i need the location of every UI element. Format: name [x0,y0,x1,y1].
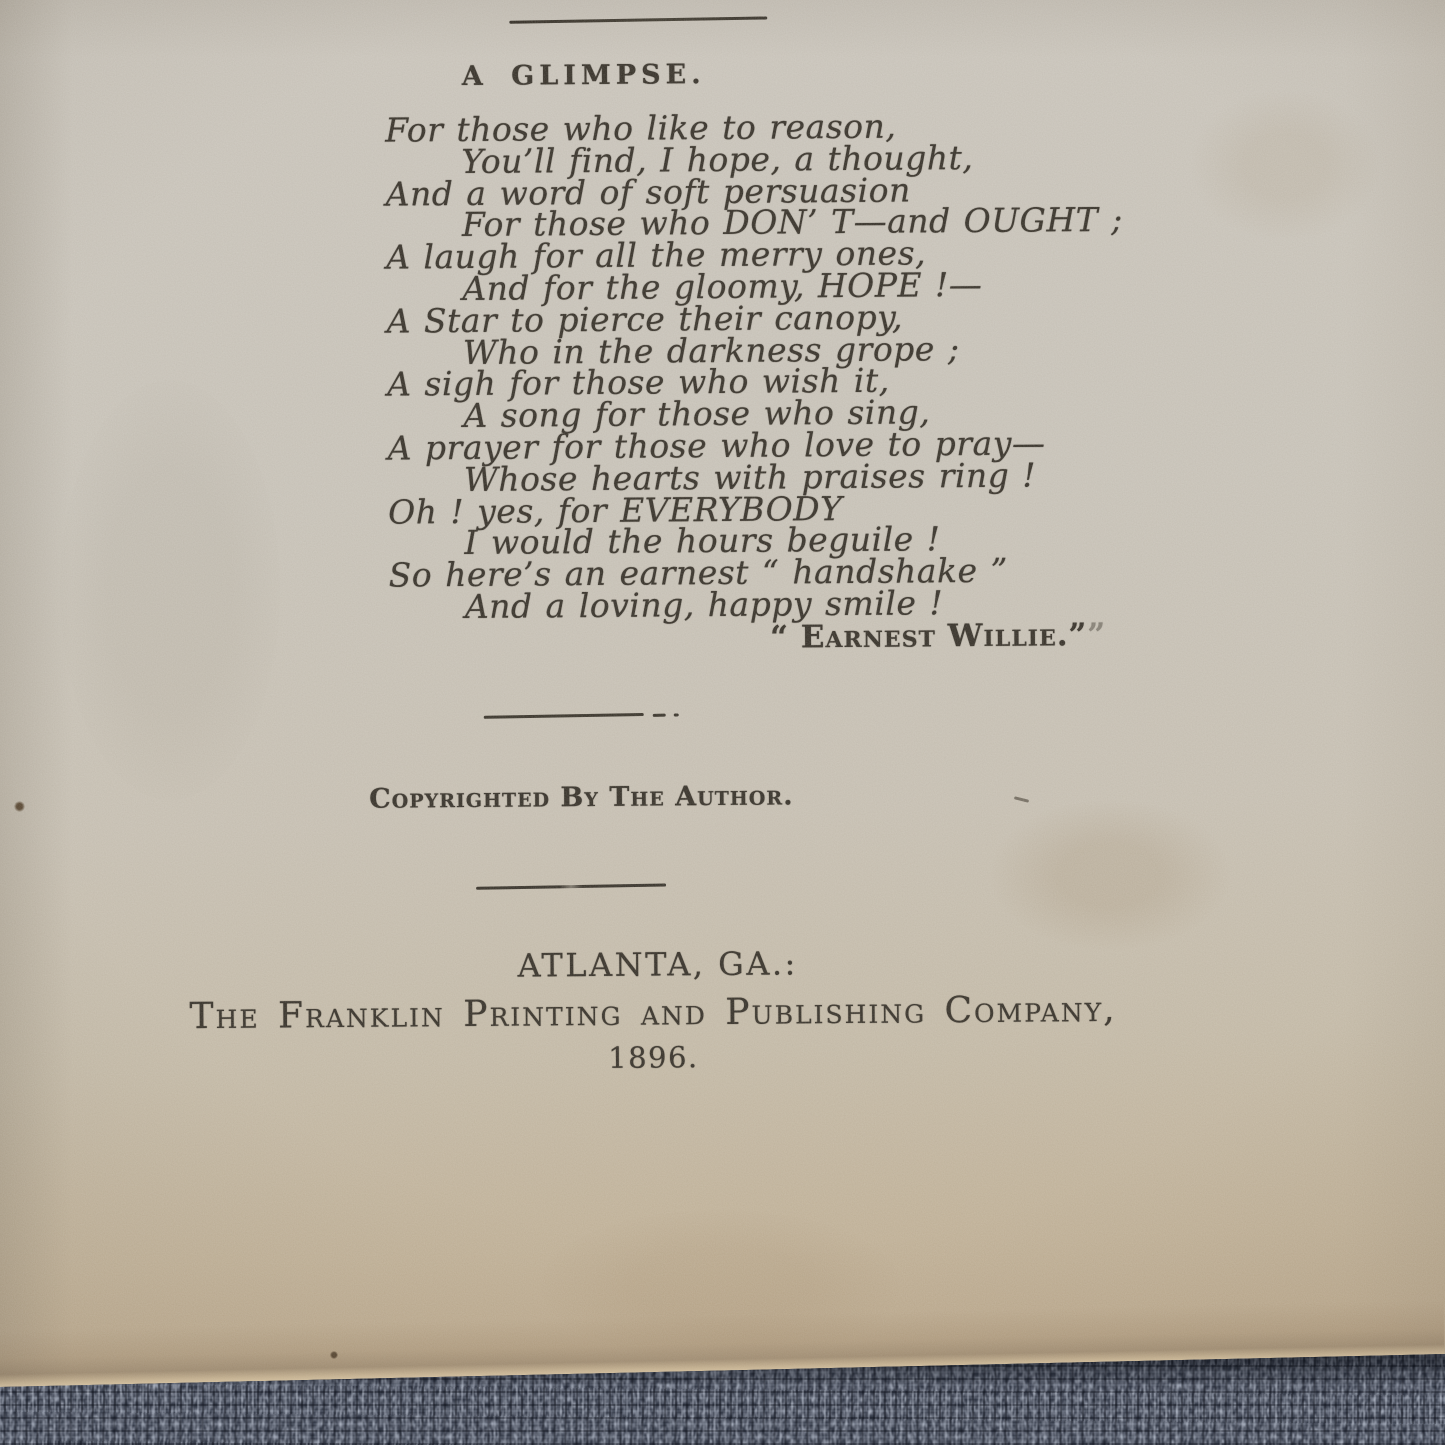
book-page: A GLIMPSE. For those who like to reason,… [0,0,1445,1445]
printed-page-content: A GLIMPSE. For those who like to reason,… [0,0,1445,1445]
rule-dash [653,714,666,717]
copyright-notice: Copyrighted By The Author. [331,780,831,815]
poem-signature: “ Earnest Willie.”” [770,617,1106,656]
divider-rule-lower [476,884,666,890]
poem-title: A GLIMPSE. [434,59,734,92]
imprint-year: 1896. [593,1040,713,1075]
rule-dot [674,713,679,716]
divider-rule-top [509,16,767,23]
divider-rule-middle [484,711,684,720]
signature-ghost-mark: ” [1087,617,1106,653]
poem-stanza: For those who like to reason, You’ll fin… [385,109,1149,624]
book-page-photo: A GLIMPSE. For those who like to reason,… [0,0,1445,1445]
signature-text: “ Earnest Willie.” [770,617,1088,655]
imprint-place: ATLANTA, GA.: [458,944,858,985]
rule-segment [484,713,644,719]
imprint-publisher: The Franklin Printing and Publishing Com… [163,989,1143,1038]
